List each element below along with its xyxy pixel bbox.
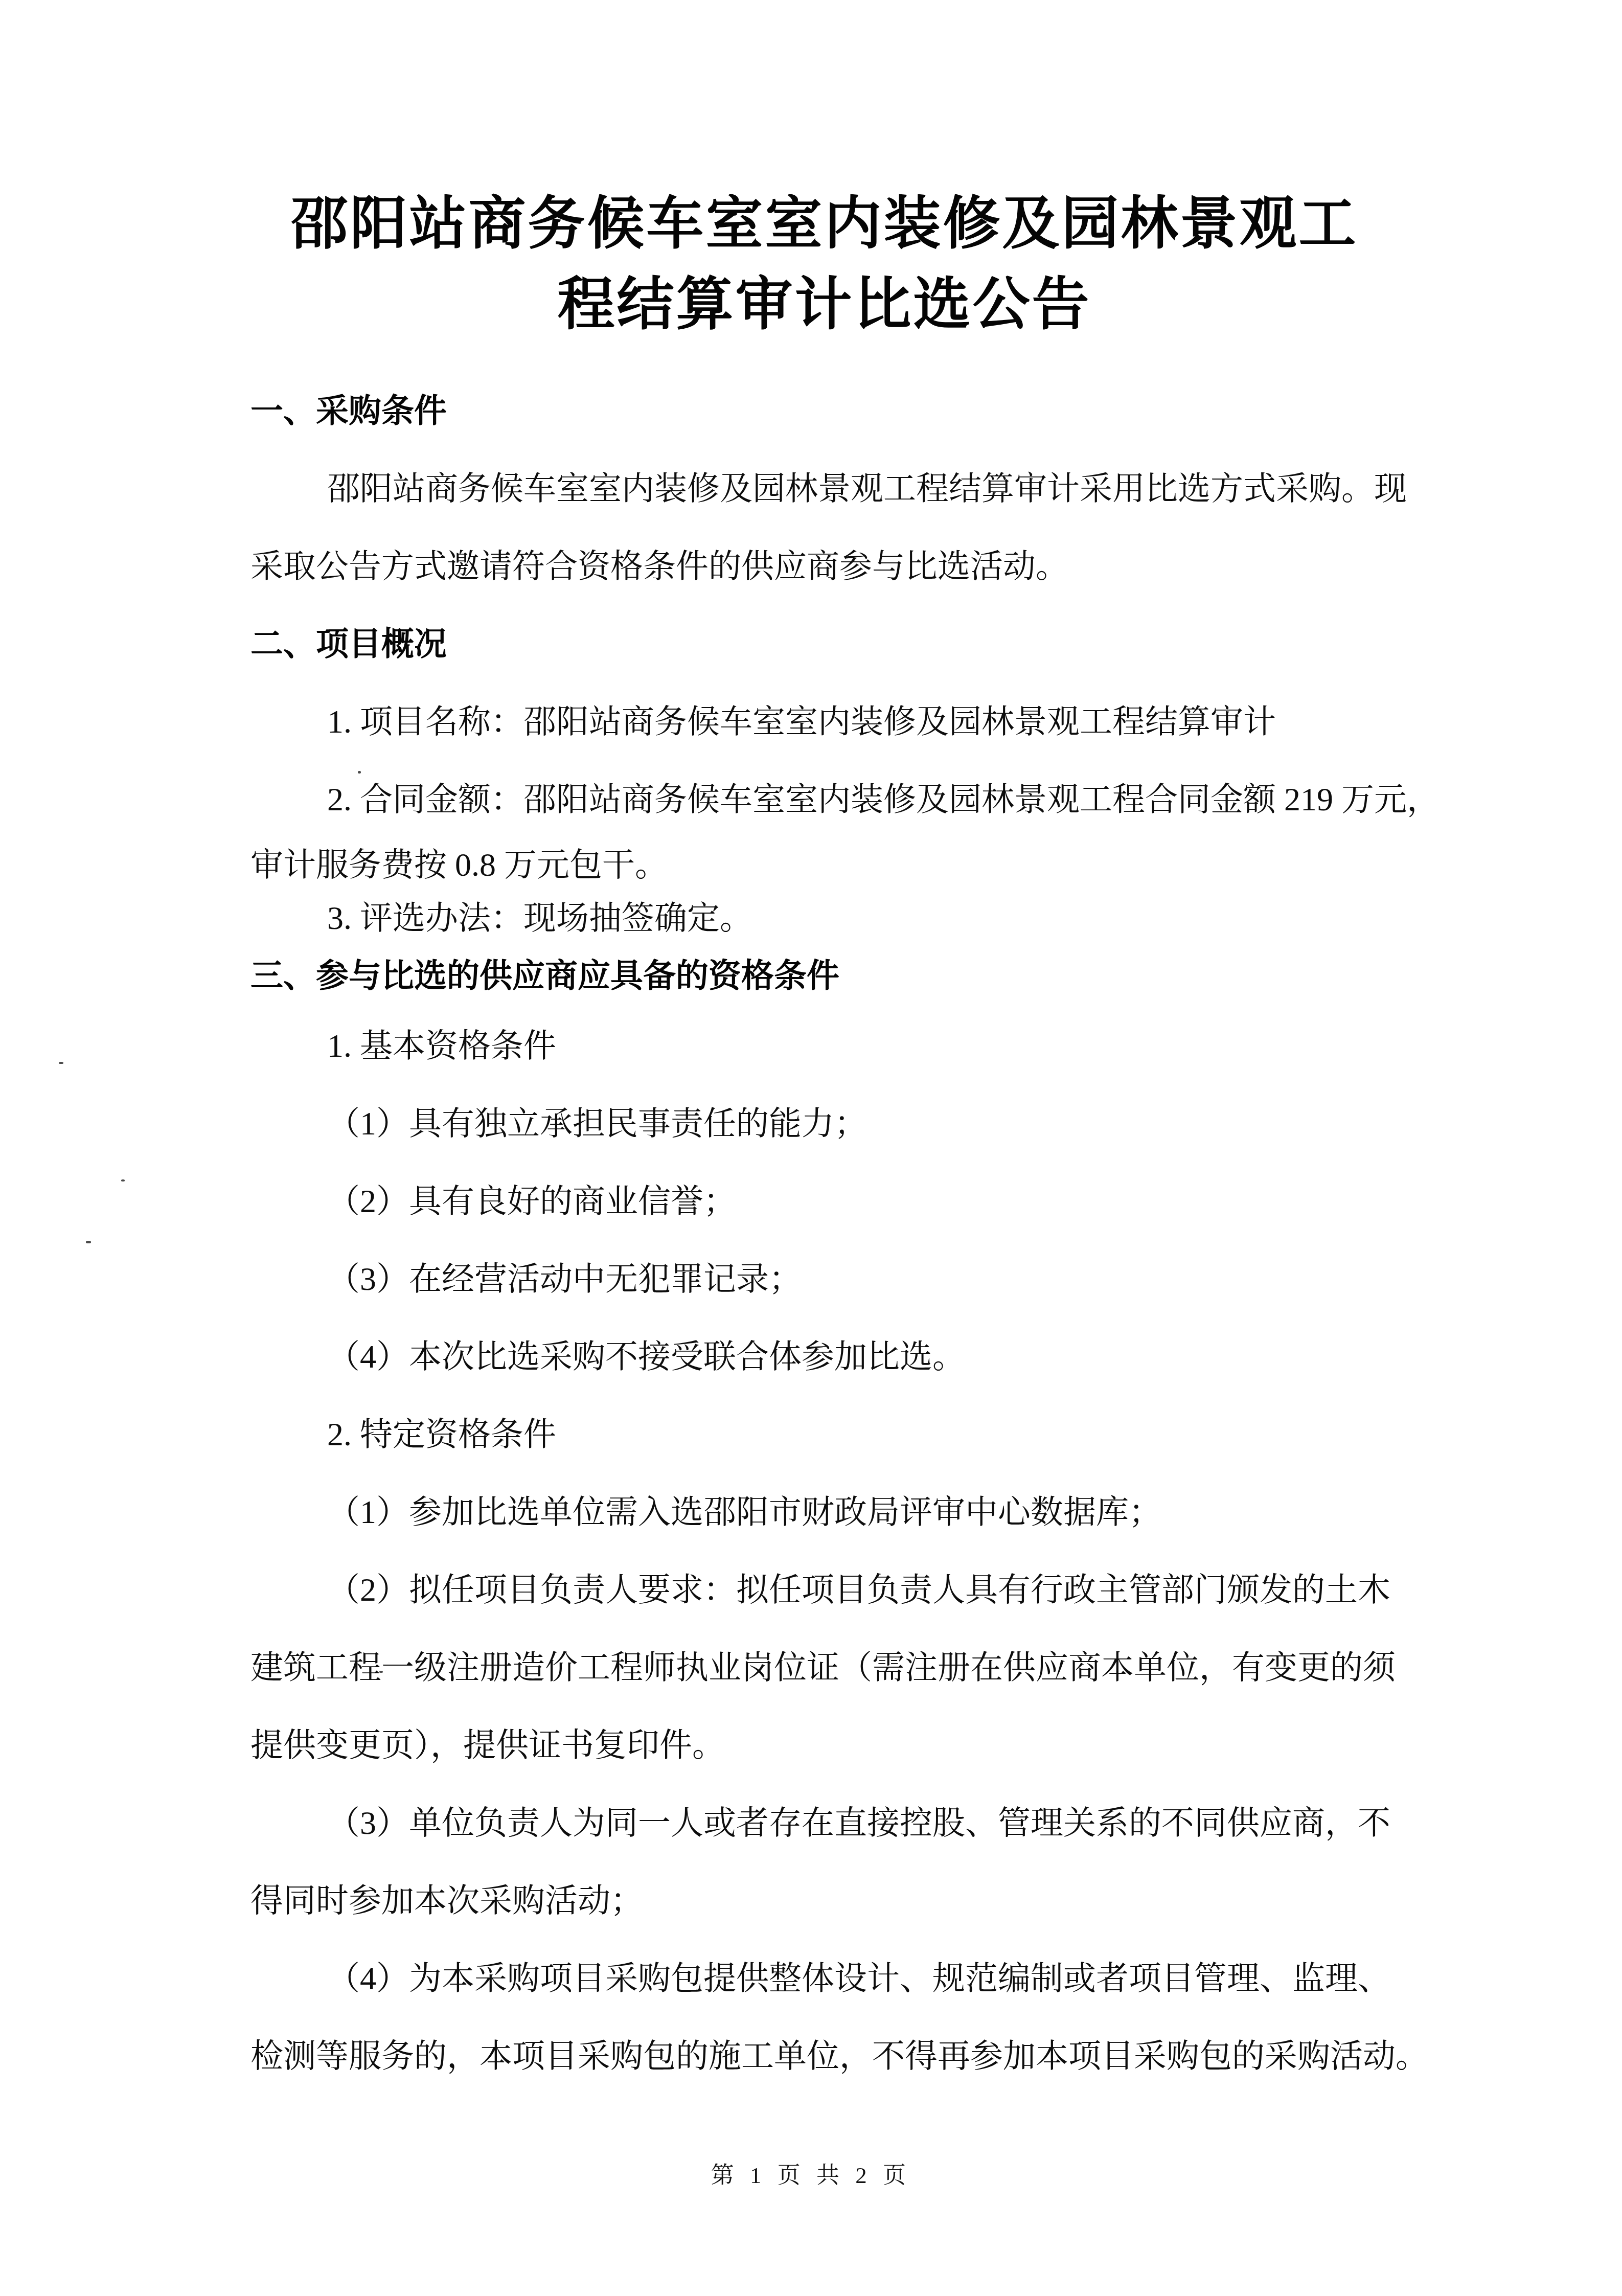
doc-line: （1）参加比选单位需入选邵阳市财政局评审中心数据库； bbox=[250, 1473, 1398, 1551]
doc-line: 得同时参加本次采购活动； bbox=[250, 1862, 1398, 1940]
document-page: 邵阳站商务候车室室内装修及园林景观工 程结算审计比选公告 一、采购条件 邵阳站商… bbox=[0, 0, 1622, 2296]
scan-artifact bbox=[86, 1241, 91, 1243]
section-heading-2: 二、项目概况 bbox=[250, 605, 1398, 683]
doc-line: （4）为本采购项目采购包提供整体设计、规范编制或者项目管理、监理、 bbox=[250, 1940, 1398, 2017]
doc-line: 3. 评选办法：现场抽签确定。 bbox=[250, 892, 1398, 945]
scan-artifact bbox=[379, 1671, 383, 1673]
doc-line: 邵阳站商务候车室室内装修及园林景观工程结算审计采用比选方式采购。现 bbox=[250, 450, 1398, 528]
scan-artifact bbox=[358, 771, 361, 774]
document-body: 邵阳站商务候车室室内装修及园林景观工 程结算审计比选公告 一、采购条件 邵阳站商… bbox=[250, 184, 1398, 2095]
doc-line: 建筑工程一级注册造价工程师执业岗位证（需注册在供应商本单位，有变更的须 bbox=[250, 1629, 1398, 1707]
page-footer: 第 1 页 共 2 页 bbox=[0, 2156, 1622, 2190]
document-title: 邵阳站商务候车室室内装修及园林景观工 程结算审计比选公告 bbox=[250, 184, 1398, 346]
doc-line: 1. 项目名称：邵阳站商务候车室室内装修及园林景观工程结算审计 bbox=[250, 683, 1398, 761]
doc-line: 1. 基本资格条件 bbox=[250, 1007, 1398, 1085]
doc-line: （4）本次比选采购不接受联合体参加比选。 bbox=[250, 1318, 1398, 1396]
document-title-line-2: 程结算审计比选公告 bbox=[558, 274, 1091, 337]
doc-line: 提供变更页），提供证书复印件。 bbox=[250, 1707, 1398, 1784]
section-heading-1: 一、采购条件 bbox=[250, 372, 1398, 450]
doc-line: 2. 特定资格条件 bbox=[250, 1396, 1398, 1473]
doc-line: 采取公告方式邀请符合资格条件的供应商参与比选活动。 bbox=[250, 528, 1398, 605]
doc-line: （3）单位负责人为同一人或者存在直接控股、管理关系的不同供应商，不 bbox=[250, 1784, 1398, 1862]
doc-line: （1）具有独立承担民事责任的能力； bbox=[250, 1085, 1398, 1163]
doc-line: （2）拟任项目负责人要求：拟任项目负责人具有行政主管部门颁发的土木 bbox=[250, 1551, 1398, 1629]
section-heading-3: 三、参与比选的供应商应具备的资格条件 bbox=[250, 945, 1398, 1007]
doc-line: 检测等服务的，本项目采购包的施工单位，不得再参加本项目采购包的采购活动。 bbox=[250, 2017, 1398, 2095]
doc-line: 审计服务费按 0.8 万元包干。 bbox=[250, 838, 1398, 892]
doc-line: （2）具有良好的商业信誉； bbox=[250, 1163, 1398, 1240]
scan-artifact bbox=[59, 1062, 63, 1064]
document-title-line-1: 邵阳站商务候车室室内装修及园林景观工 bbox=[291, 193, 1358, 256]
doc-line: （3）在经营活动中无犯罪记录； bbox=[250, 1240, 1398, 1318]
scan-artifact bbox=[121, 1179, 125, 1181]
doc-line: 2. 合同金额：邵阳站商务候车室室内装修及园林景观工程合同金额 219 万元， bbox=[250, 761, 1398, 838]
